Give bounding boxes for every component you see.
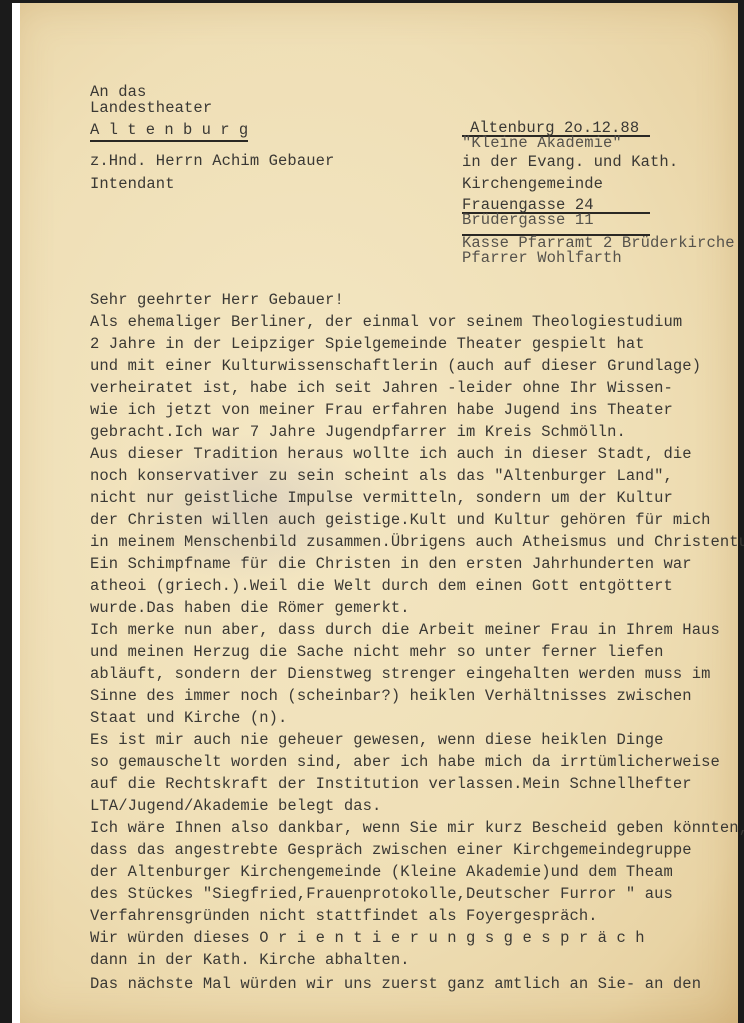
body-line: Verfahrensgründen nicht stattfindet als … [90,907,598,925]
body-line: Aus dieser Tradition heraus wollte ich a… [90,445,692,463]
letter-page: An das Landestheater A l t e n b u r g z… [12,3,738,1023]
body-line: gebracht.Ich war 7 Jahre Jugendpfarrer i… [90,423,626,441]
body-line: der Christen willen auch geistige.Kult u… [90,511,711,529]
body-line: und meinen Herzug die Sache nicht mehr s… [90,643,664,661]
recipient-city: A l t e n b u r g [90,121,248,142]
body-line: wie ich jetzt von meiner Frau erfahren h… [90,401,673,419]
body-line: dass das angestrebte Gespräch zwischen e… [90,841,692,859]
body-line: nicht nur geistliche Impulse vermitteln,… [90,489,673,507]
body-line: und mit einer Kulturwissenschaftlerin (a… [90,357,701,375]
body-line: Ich merke nun aber, dass durch die Arbei… [90,621,720,639]
sender-org-line-3: Kirchengemeinde [462,175,603,193]
body-line: LTA/Jugend/Akademie belegt das. [90,797,381,815]
recipient-line-2: Landestheater [90,99,212,117]
body-line: Ein Schimpfname für die Christen in den … [90,555,692,573]
body-line: dann in der Kath. Kirche abhalten. [90,951,410,969]
body-line: in meinem Menschenbild zusammen.Übrigens… [90,533,744,551]
body-line: verheiratet ist, habe ich seit Jahren -l… [90,379,673,397]
body-line: Staat und Kirche (n). [90,709,287,727]
body-line: der Altenburger Kirchengemeinde (Kleine … [90,863,673,881]
recipient-attention: z.Hnd. Herrn Achim Gebauer [90,152,334,170]
body-line: auf die Rechtskraft der Institution verl… [90,775,692,793]
body-line: Sinne des immer noch (scheinbar?) heikle… [90,687,692,705]
body-line: Es ist mir auch nie geheuer gewesen, wen… [90,731,664,749]
sender-org-line-2: in der Evang. und Kath. [462,153,678,171]
body-line: noch konservativer zu sein scheint als d… [90,467,673,485]
sender-org: "Kleine Akademie" [462,134,622,152]
body-line: des Stückes "Siegfried,Frauenprotokolle,… [90,885,673,903]
body-line: Als ehemaliger Berliner, der einmal vor … [90,313,682,331]
body-line: Das nächste Mal würden wir uns zuerst ga… [90,975,701,993]
recipient-role: Intendant [90,175,175,193]
body-line: 2 Jahre in der Leipziger Spielgemeinde T… [90,335,645,353]
body-line: Ich wäre Ihnen also dankbar, wenn Sie mi… [90,819,744,837]
body-line: wurde.Das haben die Römer gemerkt. [90,599,410,617]
salutation: Sehr geehrter Herr Gebauer! [90,291,344,309]
body-line: so gemauschelt worden sind, aber ich hab… [90,753,720,771]
sender-pastor: Pfarrer Wohlfarth [462,249,622,267]
sender-street: Brüdergasse 11 [462,211,594,229]
body-line: atheoi (griech.).Weil die Welt durch dem… [90,577,673,595]
body-line: Wir würden dieses O r i e n t i e r u n … [90,929,645,947]
body-line: abläuft, sondern der Dienstweg strenger … [90,665,711,683]
